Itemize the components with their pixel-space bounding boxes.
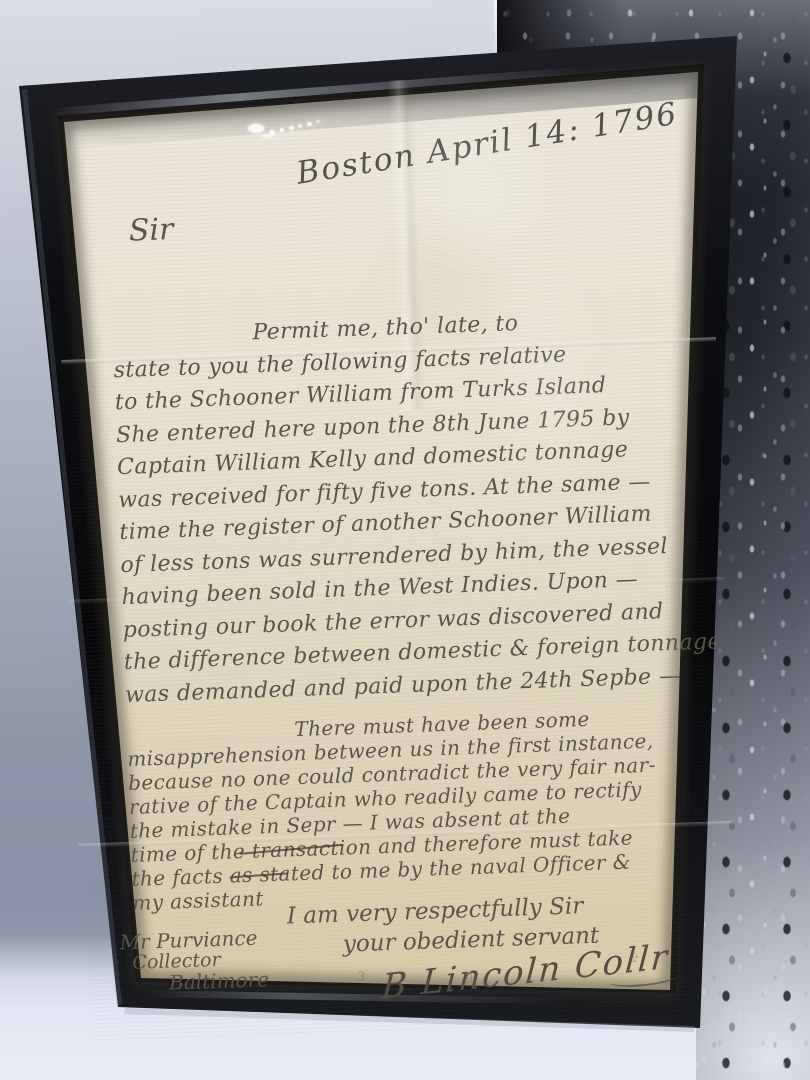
glass-glare-spot <box>307 122 312 126</box>
address-line-city: Baltimore <box>169 967 270 994</box>
glass-glare-spot <box>280 128 284 132</box>
glass-glare-spot <box>316 120 320 123</box>
glass-glare-spot <box>298 124 302 128</box>
letter-dateline: Boston April 14: 1796 <box>294 96 681 192</box>
letter-page: Boston April 14: 1796 Sir Permit me, tho… <box>58 70 721 1041</box>
glass-glare-spot <box>289 126 294 130</box>
letter-paragraph-2: There must have been somemisapprehension… <box>126 702 732 915</box>
letter-paragraph-1: Permit me, tho' late, tostate to you the… <box>112 301 725 712</box>
glass-glare-spot <box>270 130 275 135</box>
photo-framed-letter: Boston April 14: 1796 Sir Permit me, tho… <box>0 0 810 1080</box>
pencil-mark: 3 <box>357 970 366 985</box>
letter-salutation: Sir <box>128 212 174 249</box>
glass-glare-spot <box>248 124 264 133</box>
pencil-mark: 9 <box>465 971 474 986</box>
